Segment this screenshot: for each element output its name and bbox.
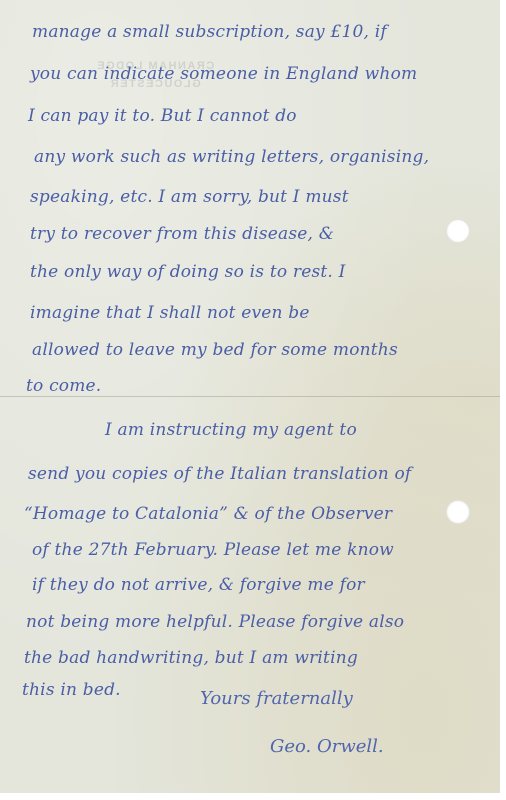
punch-hole <box>446 219 470 243</box>
letter-line: “Homage to Catalonia” & of the Observer <box>24 504 392 524</box>
letter-line: I can pay it to. But I cannot do <box>28 106 297 126</box>
letter-line: if they do not arrive, & forgive me for <box>32 575 365 595</box>
letter-line: the bad handwriting, but I am writing <box>24 648 358 668</box>
letter-line: to come. <box>26 376 101 396</box>
letter-line: allowed to leave my bed for some months <box>32 340 398 360</box>
letter-line: of the 27th February. Please let me know <box>32 540 394 560</box>
punch-hole <box>446 500 470 524</box>
letter-line: any work such as writing letters, organi… <box>34 147 429 167</box>
letter-line: the only way of doing so is to rest. I <box>30 262 346 282</box>
closing: Yours fraternally <box>200 688 353 709</box>
letter-line: imagine that I shall not even be <box>30 303 310 323</box>
letter-line: this in bed. <box>22 680 121 700</box>
letter-line: manage a small subscription, say £10, if <box>32 22 387 42</box>
letter-line: I am instructing my agent to <box>105 420 357 440</box>
letter-page: CRANHAM LODGE GLOUCESTER manage a small … <box>0 0 500 793</box>
letter-line: try to recover from this disease, & <box>30 224 334 244</box>
letter-line: not being more helpful. Please forgive a… <box>26 612 404 632</box>
letter-line: send you copies of the Italian translati… <box>28 464 411 484</box>
letter-body: manage a small subscription, say £10, if… <box>0 0 500 793</box>
letter-line: you can indicate someone in England whom <box>30 64 417 84</box>
letter-line: speaking, etc. I am sorry, but I must <box>30 187 349 207</box>
signature: Geo. Orwell. <box>270 736 384 757</box>
